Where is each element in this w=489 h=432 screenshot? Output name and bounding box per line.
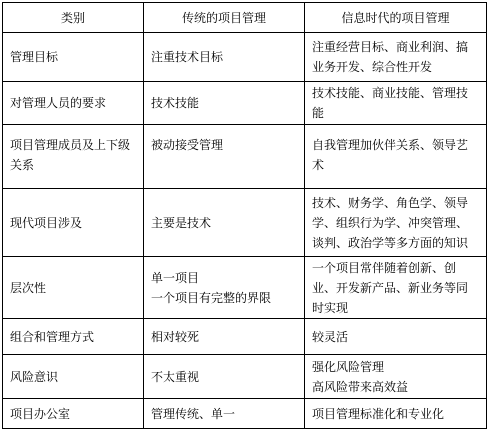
table-row: 对管理人员的要求 技术技能 技术技能、商业技能、管理技能 bbox=[3, 82, 487, 125]
cell-category: 项目办公室 bbox=[3, 399, 144, 429]
cell-information-age: 技术技能、商业技能、管理技能 bbox=[305, 82, 487, 125]
cell-information-age: 注重经营目标、商业利润、搞业务开发、综合性开发 bbox=[305, 33, 487, 82]
cell-traditional: 注重技术目标 bbox=[144, 33, 305, 82]
cell-information-age: 技术、财务学、角色学、领导学、组织行为学、冲突管理、谈判、政治学等多方面的知识 bbox=[305, 189, 487, 257]
cell-category: 项目管理成员及上下级关系 bbox=[3, 125, 144, 189]
cell-traditional: 管理传统、单一 bbox=[144, 399, 305, 429]
cell-information-age: 强化风险管理高风险带来高效益 bbox=[305, 355, 487, 399]
cell-traditional: 不太重视 bbox=[144, 355, 305, 399]
table-row: 层次性 单一项目一个项目有完整的界限 一个项目常伴随着创新、创业、开发新产品、新… bbox=[3, 257, 487, 319]
cell-traditional: 主要是技术 bbox=[144, 189, 305, 257]
header-information-age: 信息时代的项目管理 bbox=[305, 3, 487, 33]
cell-category: 对管理人员的要求 bbox=[3, 82, 144, 125]
cell-category: 层次性 bbox=[3, 257, 144, 319]
table-row: 项目办公室 管理传统、单一 项目管理标准化和专业化 bbox=[3, 399, 487, 429]
header-row: 类别 传统的项目管理 信息时代的项目管理 bbox=[3, 3, 487, 33]
cell-information-age: 较灵活 bbox=[305, 319, 487, 355]
cell-traditional: 技术技能 bbox=[144, 82, 305, 125]
header-traditional: 传统的项目管理 bbox=[144, 3, 305, 33]
comparison-table: 类别 传统的项目管理 信息时代的项目管理 管理目标 注重技术目标 注重经营目标、… bbox=[2, 2, 487, 429]
cell-traditional: 相对较死 bbox=[144, 319, 305, 355]
cell-information-age: 一个项目常伴随着创新、创业、开发新产品、新业务等同时实现 bbox=[305, 257, 487, 319]
table-body: 管理目标 注重技术目标 注重经营目标、商业利润、搞业务开发、综合性开发 对管理人… bbox=[3, 33, 487, 429]
cell-category: 组合和管理方式 bbox=[3, 319, 144, 355]
cell-information-age: 自我管理加伙伴关系、领导艺术 bbox=[305, 125, 487, 189]
table-row: 管理目标 注重技术目标 注重经营目标、商业利润、搞业务开发、综合性开发 bbox=[3, 33, 487, 82]
table-row: 风险意识 不太重视 强化风险管理高风险带来高效益 bbox=[3, 355, 487, 399]
cell-category: 风险意识 bbox=[3, 355, 144, 399]
cell-information-age: 项目管理标准化和专业化 bbox=[305, 399, 487, 429]
cell-category: 现代项目涉及 bbox=[3, 189, 144, 257]
cell-traditional: 单一项目一个项目有完整的界限 bbox=[144, 257, 305, 319]
table-row: 现代项目涉及 主要是技术 技术、财务学、角色学、领导学、组织行为学、冲突管理、谈… bbox=[3, 189, 487, 257]
header-category: 类别 bbox=[3, 3, 144, 33]
table-row: 项目管理成员及上下级关系 被动接受管理 自我管理加伙伴关系、领导艺术 bbox=[3, 125, 487, 189]
table-row: 组合和管理方式 相对较死 较灵活 bbox=[3, 319, 487, 355]
cell-category: 管理目标 bbox=[3, 33, 144, 82]
cell-traditional: 被动接受管理 bbox=[144, 125, 305, 189]
